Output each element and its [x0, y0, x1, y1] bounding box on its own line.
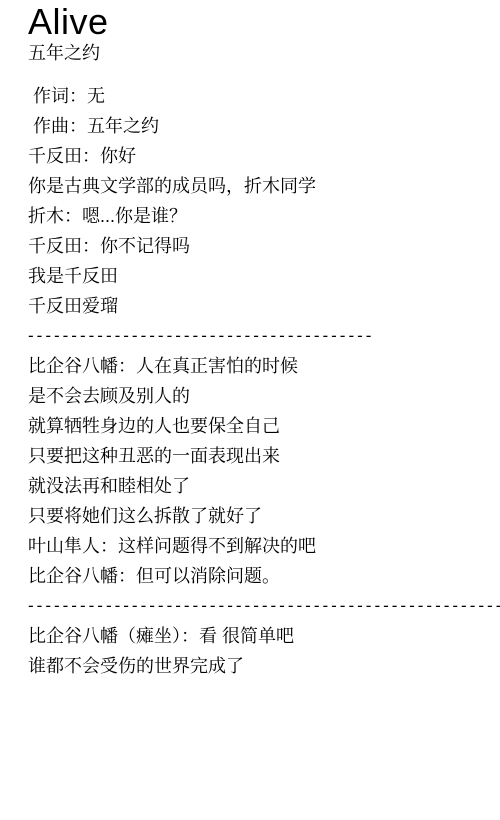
- lyric-line: 只要将她们这么拆散了就好了: [28, 501, 500, 531]
- lyric-line: 作曲：五年之约: [28, 111, 500, 141]
- lyric-line: 你是古典文学部的成员吗，折木同学: [28, 171, 500, 201]
- lyric-line: 千反田：你不记得吗: [28, 231, 500, 261]
- lyric-line: 作词：无: [28, 81, 500, 111]
- lyric-line: 叶山隼人：这样问题得不到解决的吧: [28, 531, 500, 561]
- lyric-line: 我是千反田: [28, 261, 500, 291]
- lyric-line: 比企谷八幡（瘫坐）：看 很简单吧: [28, 621, 500, 651]
- lyric-line: 就没法再和睦相处了: [28, 471, 500, 501]
- lyric-line: 是不会去顾及别人的: [28, 381, 500, 411]
- lyric-line: 折木：嗯...你是谁？: [28, 201, 500, 231]
- song-subtitle: 五年之约: [28, 42, 500, 65]
- lyric-line: 千反田爱瑠: [28, 291, 500, 321]
- lyric-line: 千反田：你好: [28, 141, 500, 171]
- lyric-line: 比企谷八幡：人在真正害怕的时候: [28, 351, 500, 381]
- lyrics-page: Alive 五年之约 作词：无 作曲：五年之约千反田：你好你是古典文学部的成员吗…: [0, 0, 500, 820]
- lyric-line: 比企谷八幡：但可以消除问题。: [28, 561, 500, 591]
- song-title: Alive: [28, 2, 500, 42]
- lyric-line: 只要把这种丑恶的一面表现出来: [28, 441, 500, 471]
- divider-line: ----------------------------------------…: [28, 591, 500, 621]
- lyrics-body: 作词：无 作曲：五年之约千反田：你好你是古典文学部的成员吗，折木同学折木：嗯..…: [28, 81, 500, 681]
- divider-line: ----------------------------------------: [28, 321, 500, 351]
- lyric-line: 谁都不会受伤的世界完成了: [28, 651, 500, 681]
- lyric-line: 就算牺牲身边的人也要保全自己: [28, 411, 500, 441]
